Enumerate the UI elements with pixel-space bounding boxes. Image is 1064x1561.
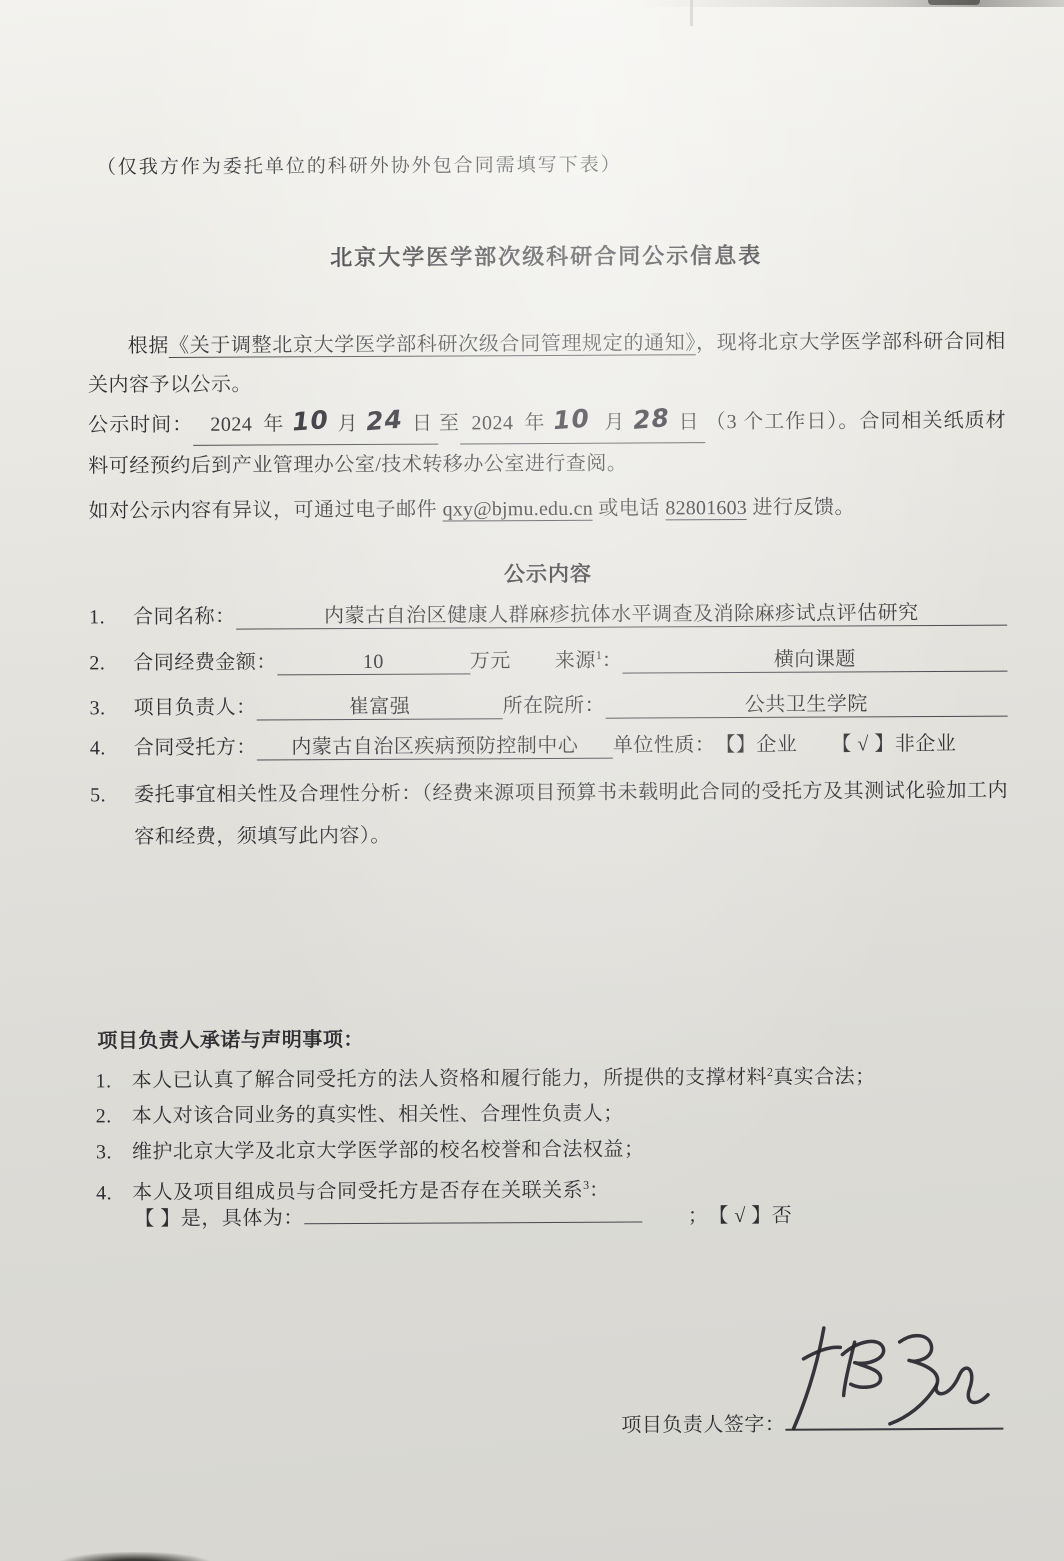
form-row-rationality-analysis: 5. 委托事宜相关性及合理性分析：（经费来源项目预算书未载明此合同的受托方及其测…: [90, 770, 1008, 859]
signature-label: 项目负责人签字：: [621, 1408, 785, 1438]
contract-amount-value: 10: [277, 650, 470, 675]
declaration-item: 3. 维护北京大学及北京大学医学部的校名校誉和合法权益；: [92, 1130, 1010, 1170]
page-title: 北京大学医学部次级科研合同公示信息表: [87, 238, 1005, 274]
publicity-start-date-blank: 2024 年 10 月 24 日: [193, 404, 438, 446]
form-row-contract-name: 1. 合同名称： 内蒙古自治区健康人群麻疹抗体水平调查及消除麻疹试点评估研究: [89, 596, 1007, 631]
date-range-to: 至: [438, 412, 460, 434]
row-number: 5.: [90, 784, 134, 807]
rationality-analysis-text: 委托事宜相关性及合理性分析：（经费来源项目预算书未载明此合同的受托方及其测试化验…: [134, 770, 1008, 859]
declaration-title: 项目负责人承诺与声明事项：: [97, 1020, 1009, 1054]
start-year: 2024: [210, 414, 252, 436]
row-number: 1.: [91, 1064, 131, 1100]
funding-source-value: 横向课题: [622, 642, 1007, 674]
publicity-time-paragraph: 公示时间： 2024 年 10 月 24 日至 2024 年 10 月 28 日…: [88, 401, 1006, 487]
row-number: 1.: [89, 606, 133, 629]
publicity-time-label: 公示时间：: [88, 414, 193, 437]
end-year: 2024: [471, 412, 513, 434]
relation-separator: ；: [688, 1199, 709, 1228]
declaration-list: 1. 本人已认真了解合同受托方的法人资格和履行能力，所提供的支撑材料2真实合法；…: [91, 1054, 1010, 1212]
declaration-text-main: 本人已认真了解合同受托方的法人资格和履行能力，所提供的支撑材料: [132, 1067, 768, 1092]
declaration-text: 本人对该合同业务的真实性、相关性、合理性负责人；: [132, 1097, 624, 1135]
project-leader-label: 项目负责人：: [134, 691, 257, 721]
month-unit: 月: [604, 412, 625, 434]
project-leader-value: 崔富强: [257, 689, 503, 720]
day-unit: 日: [412, 413, 433, 435]
form-row-project-leader: 3. 项目负责人： 崔富强 所在院所： 公共卫生学院: [90, 687, 1008, 722]
handwritten-signature: [783, 1310, 999, 1436]
feedback-email: qxy@bjmu.edu.cn: [443, 498, 593, 522]
contract-name-value: 内蒙古自治区健康人群麻疹抗体水平调查及消除麻疹试点评估研究: [236, 596, 1008, 630]
row-number: 4.: [90, 737, 134, 760]
amount-unit: 万元: [470, 644, 511, 673]
handwritten-start-day: 24: [363, 406, 408, 434]
feedback-line: 如对公示内容有异议，可通过电子邮件 qxy@bjmu.edu.cn 或电话 82…: [88, 490, 1006, 524]
contract-amount-label: 合同经费金额：: [133, 645, 277, 675]
year-unit: 年: [524, 412, 545, 434]
declaration-text: 维护北京大学及北京大学医学部的校名校誉和合法权益；: [132, 1132, 645, 1170]
feedback-phone: 82801603: [665, 497, 747, 520]
form-row-contract-amount: 2. 合同经费金额： 10 万元 来源1： 横向课题: [89, 642, 1007, 677]
row-number: 2.: [89, 652, 133, 675]
checkbox-non-enterprise: 【 √ 】非企业: [831, 727, 956, 757]
publicity-end-date-blank: 2024 年 10 月 28 日: [460, 402, 705, 444]
source-label-text: 来源: [555, 650, 596, 672]
entity-type-label: 单位性质：: [613, 728, 716, 758]
intro-prefix: 根据: [128, 335, 169, 357]
declaration-item: 1. 本人已认真了解合同受托方的法人资格和履行能力，所提供的支撑材料2真实合法；: [91, 1054, 1009, 1100]
checkbox-relation-no: 【 √ 】否: [708, 1199, 792, 1228]
form-scope-note: （仅我方作为委托单位的科研外协外包合同需填写下表）: [97, 148, 1005, 180]
notice-title-underlined: 《关于调整北京大学医学部科研次级合同管理规定的通知》: [169, 332, 696, 358]
relation-detail-blank: [304, 1222, 642, 1225]
day-unit: 日: [679, 411, 700, 433]
month-unit: 月: [338, 413, 359, 435]
source-colon: ：: [602, 650, 623, 672]
section-title-publicity-content: 公示内容: [89, 556, 1007, 591]
affiliation-label: 所在院所：: [503, 689, 606, 719]
checkbox-relation-yes: 【 】是，具体为：: [134, 1201, 304, 1231]
feedback-suffix: 进行反馈。: [747, 496, 855, 519]
funding-source-label: 来源1：: [555, 644, 623, 673]
declaration-text-tail: ：: [589, 1180, 610, 1202]
feedback-prefix: 如对公示内容有异议，可通过电子邮件: [89, 499, 443, 523]
year-unit: 年: [263, 413, 284, 435]
contractor-value: 内蒙古自治区疾病预防控制中心: [257, 729, 613, 761]
feedback-middle: 或电话: [593, 497, 666, 519]
checkbox-enterprise: 【】企业: [715, 728, 797, 757]
form-row-contractor: 4. 合同受托方： 内蒙古自治区疾病预防控制中心 单位性质： 【】企业 【 √ …: [90, 727, 1008, 762]
row-number: 3.: [90, 697, 134, 720]
document-content: （仅我方作为委托单位的科研外协外包合同需填写下表） 北京大学医学部次级科研合同公…: [86, 0, 1012, 1561]
contractor-label: 合同受托方：: [134, 731, 257, 761]
scanned-paper-page: （仅我方作为委托单位的科研外协外包合同需填写下表） 北京大学医学部次级科研合同公…: [0, 0, 1064, 1561]
intro-paragraph: 根据《关于调整北京大学医学部科研次级合同管理规定的通知》，现将北京大学医学部科研…: [88, 323, 1006, 406]
handwritten-end-month: 10: [550, 405, 595, 433]
declaration-text: 本人已认真了解合同受托方的法人资格和履行能力，所提供的支撑材料2真实合法；: [131, 1054, 875, 1099]
handwritten-start-month: 10: [288, 407, 333, 435]
row-number: 2.: [92, 1099, 132, 1135]
relation-answer-line: 【 】是，具体为： ； 【 √ 】否: [92, 1198, 1010, 1232]
handwritten-end-day: 28: [629, 405, 674, 433]
declaration-item: 2. 本人对该合同业务的真实性、相关性、合理性负责人；: [92, 1095, 1010, 1135]
affiliation-value: 公共卫生学院: [605, 687, 1008, 719]
contract-name-label: 合同名称：: [133, 600, 236, 630]
declaration-text-tail: 真实合法；: [773, 1066, 876, 1089]
row-number: 3.: [92, 1135, 132, 1171]
